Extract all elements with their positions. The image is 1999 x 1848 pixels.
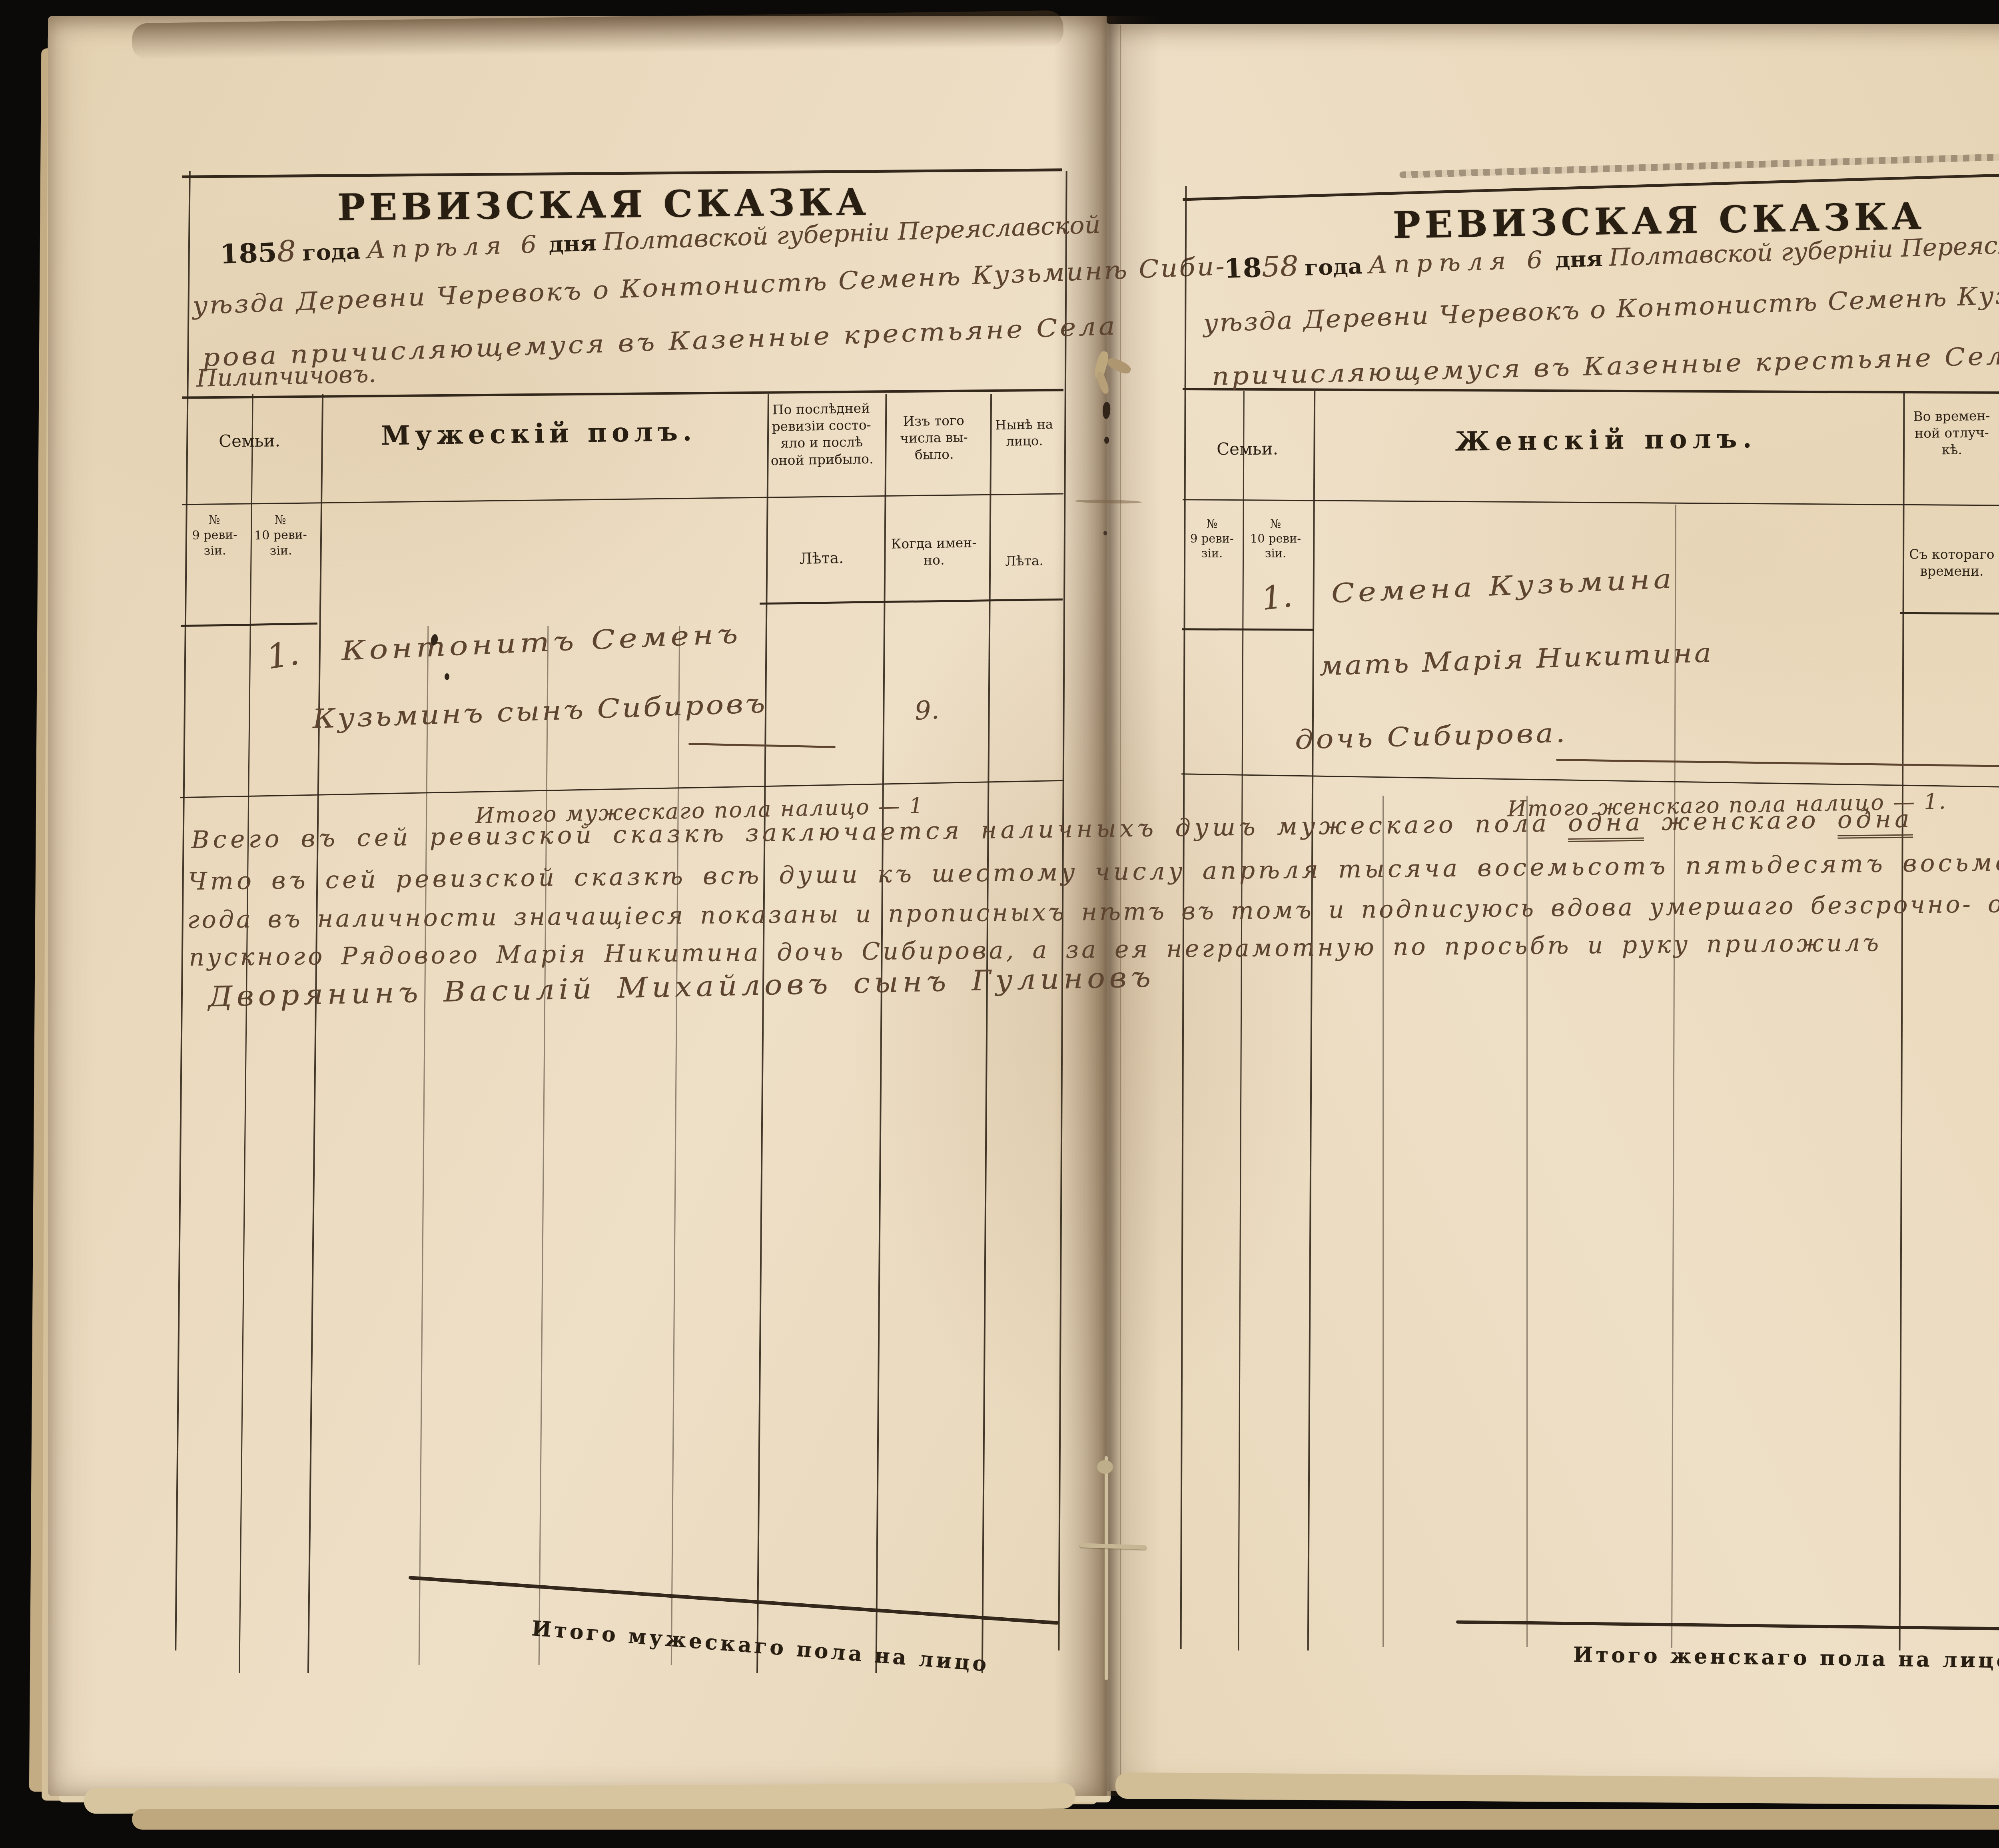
right-printed-year: 18	[1223, 252, 1262, 284]
right-printed-goda: года	[1304, 253, 1363, 281]
right-subheader-since-when: Съ котораго времени.	[1902, 546, 1999, 580]
left-subheader-rev9: № 9 реви- зіи.	[183, 512, 246, 559]
right-written-month-day: Апрѣля 6	[1368, 245, 1550, 279]
left-column-header-male-sex: Мужескій полъ.	[317, 413, 760, 453]
gutter-ink-dot	[1103, 531, 1107, 535]
certification-underlined-count-male: одна	[1568, 808, 1644, 842]
left-column-header-departed: Изъ того числа вы- было.	[882, 412, 986, 464]
right-column-header-female-sex: Женскій полъ.	[1313, 420, 1899, 460]
ink-blot-2	[445, 673, 449, 680]
left-column-header-last-revision: По послѣдней ревизіи состо- яло и послѣ …	[763, 399, 880, 469]
left-printed-year: 185	[219, 237, 277, 270]
certification-underlined-count-female: одна	[1837, 805, 1913, 838]
right-column-header-temp-absence: Во времен- ной отлуч- кѣ.	[1902, 407, 1999, 459]
right-subheader-rev9: № 9 реви- зіи.	[1183, 517, 1241, 561]
left-subheader-when: Когда имен- но.	[882, 534, 985, 570]
left-preamble-line-4: Пилипчичовъ.	[196, 360, 377, 393]
right-written-year: 58	[1261, 249, 1299, 283]
left-printed-goda: года	[302, 238, 361, 266]
left-printed-dnya: дня	[548, 230, 597, 257]
left-column-header-present: Нынѣ на лицо.	[987, 416, 1061, 450]
gutter-ink-drop-2	[1104, 437, 1109, 444]
certification-line-1-mid: женскаго	[1644, 806, 1837, 836]
left-subheader-leta-1: Лѣта.	[764, 547, 880, 569]
right-body-rule-2	[1526, 796, 1528, 1647]
left-entry-age: 9.	[914, 695, 940, 726]
left-column-header-family: Семьи.	[184, 430, 315, 453]
left-subheader-rev10: № 10 реви- зіи.	[246, 512, 315, 559]
right-printed-dnya: дня	[1555, 245, 1603, 273]
right-subheader-rev10: № 10 реви- зіи.	[1241, 517, 1311, 561]
binding-thread-lower-knot	[1097, 1460, 1113, 1474]
left-written-month-day: Апрѣля 6	[366, 230, 543, 264]
left-entry-family-number: 1.	[264, 633, 302, 677]
right-column-header-family: Семьи.	[1183, 438, 1311, 460]
bottom-stack-right	[1115, 1772, 1999, 1806]
bottom-stack-outer	[132, 1809, 1999, 1830]
right-entry-family-number: 1.	[1259, 577, 1294, 618]
left-written-year: 8	[276, 234, 297, 268]
binding-thread-lower-vertical	[1104, 1456, 1108, 1680]
left-subheader-leta-2: Лѣта.	[988, 552, 1061, 570]
